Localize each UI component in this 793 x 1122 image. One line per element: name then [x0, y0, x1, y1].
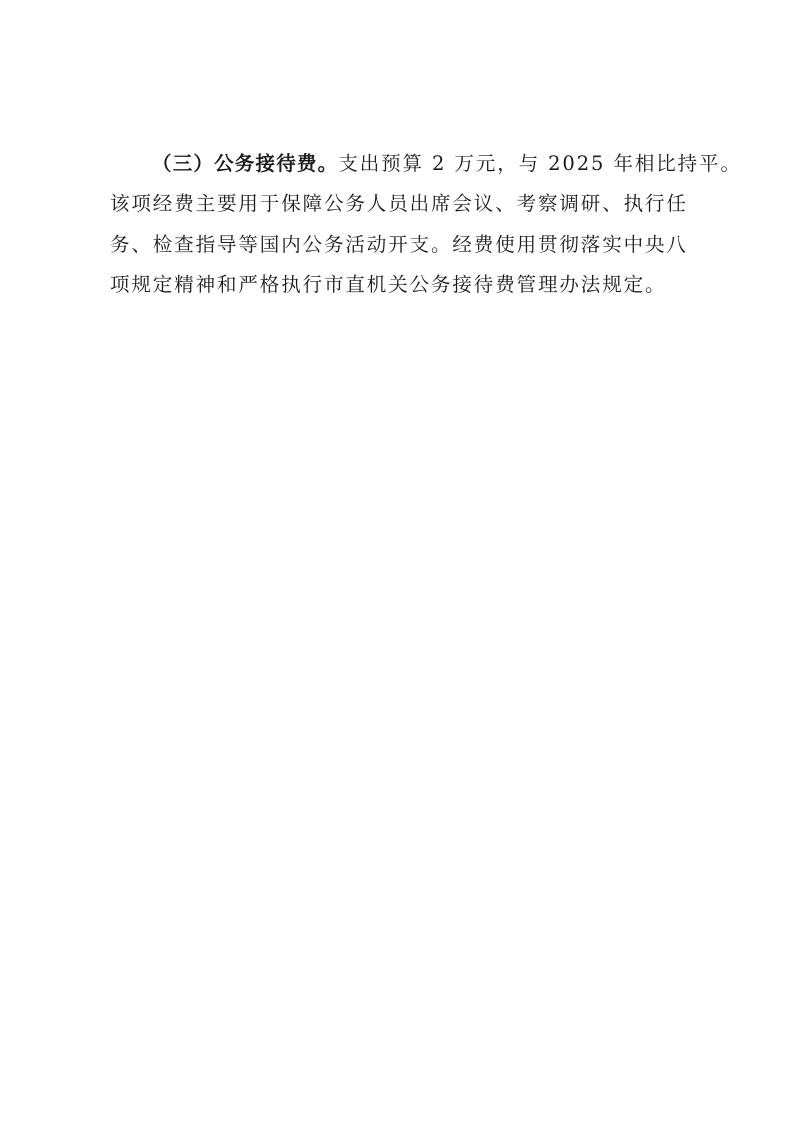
- paragraph-line-2: 该项经费主要用于保障公务人员出席会议、考察调研、执行任: [110, 184, 690, 224]
- section-heading: （三）公务接待费。: [152, 152, 338, 175]
- paragraph-line-3: 务、检查指导等国内公务活动开支。经费使用贯彻落实中央八: [110, 225, 690, 265]
- paragraph-text: 支出预算 2 万元，与 2025 年相比持平。: [338, 152, 742, 175]
- paragraph-line-1: （三）公务接待费。支出预算 2 万元，与 2025 年相比持平。: [110, 144, 690, 184]
- document-page: （三）公务接待费。支出预算 2 万元，与 2025 年相比持平。 该项经费主要用…: [0, 0, 793, 1122]
- paragraph-official-reception-expenses: （三）公务接待费。支出预算 2 万元，与 2025 年相比持平。 该项经费主要用…: [110, 144, 690, 305]
- paragraph-line-4: 项规定精神和严格执行市直机关公务接待费管理办法规定。: [110, 265, 690, 305]
